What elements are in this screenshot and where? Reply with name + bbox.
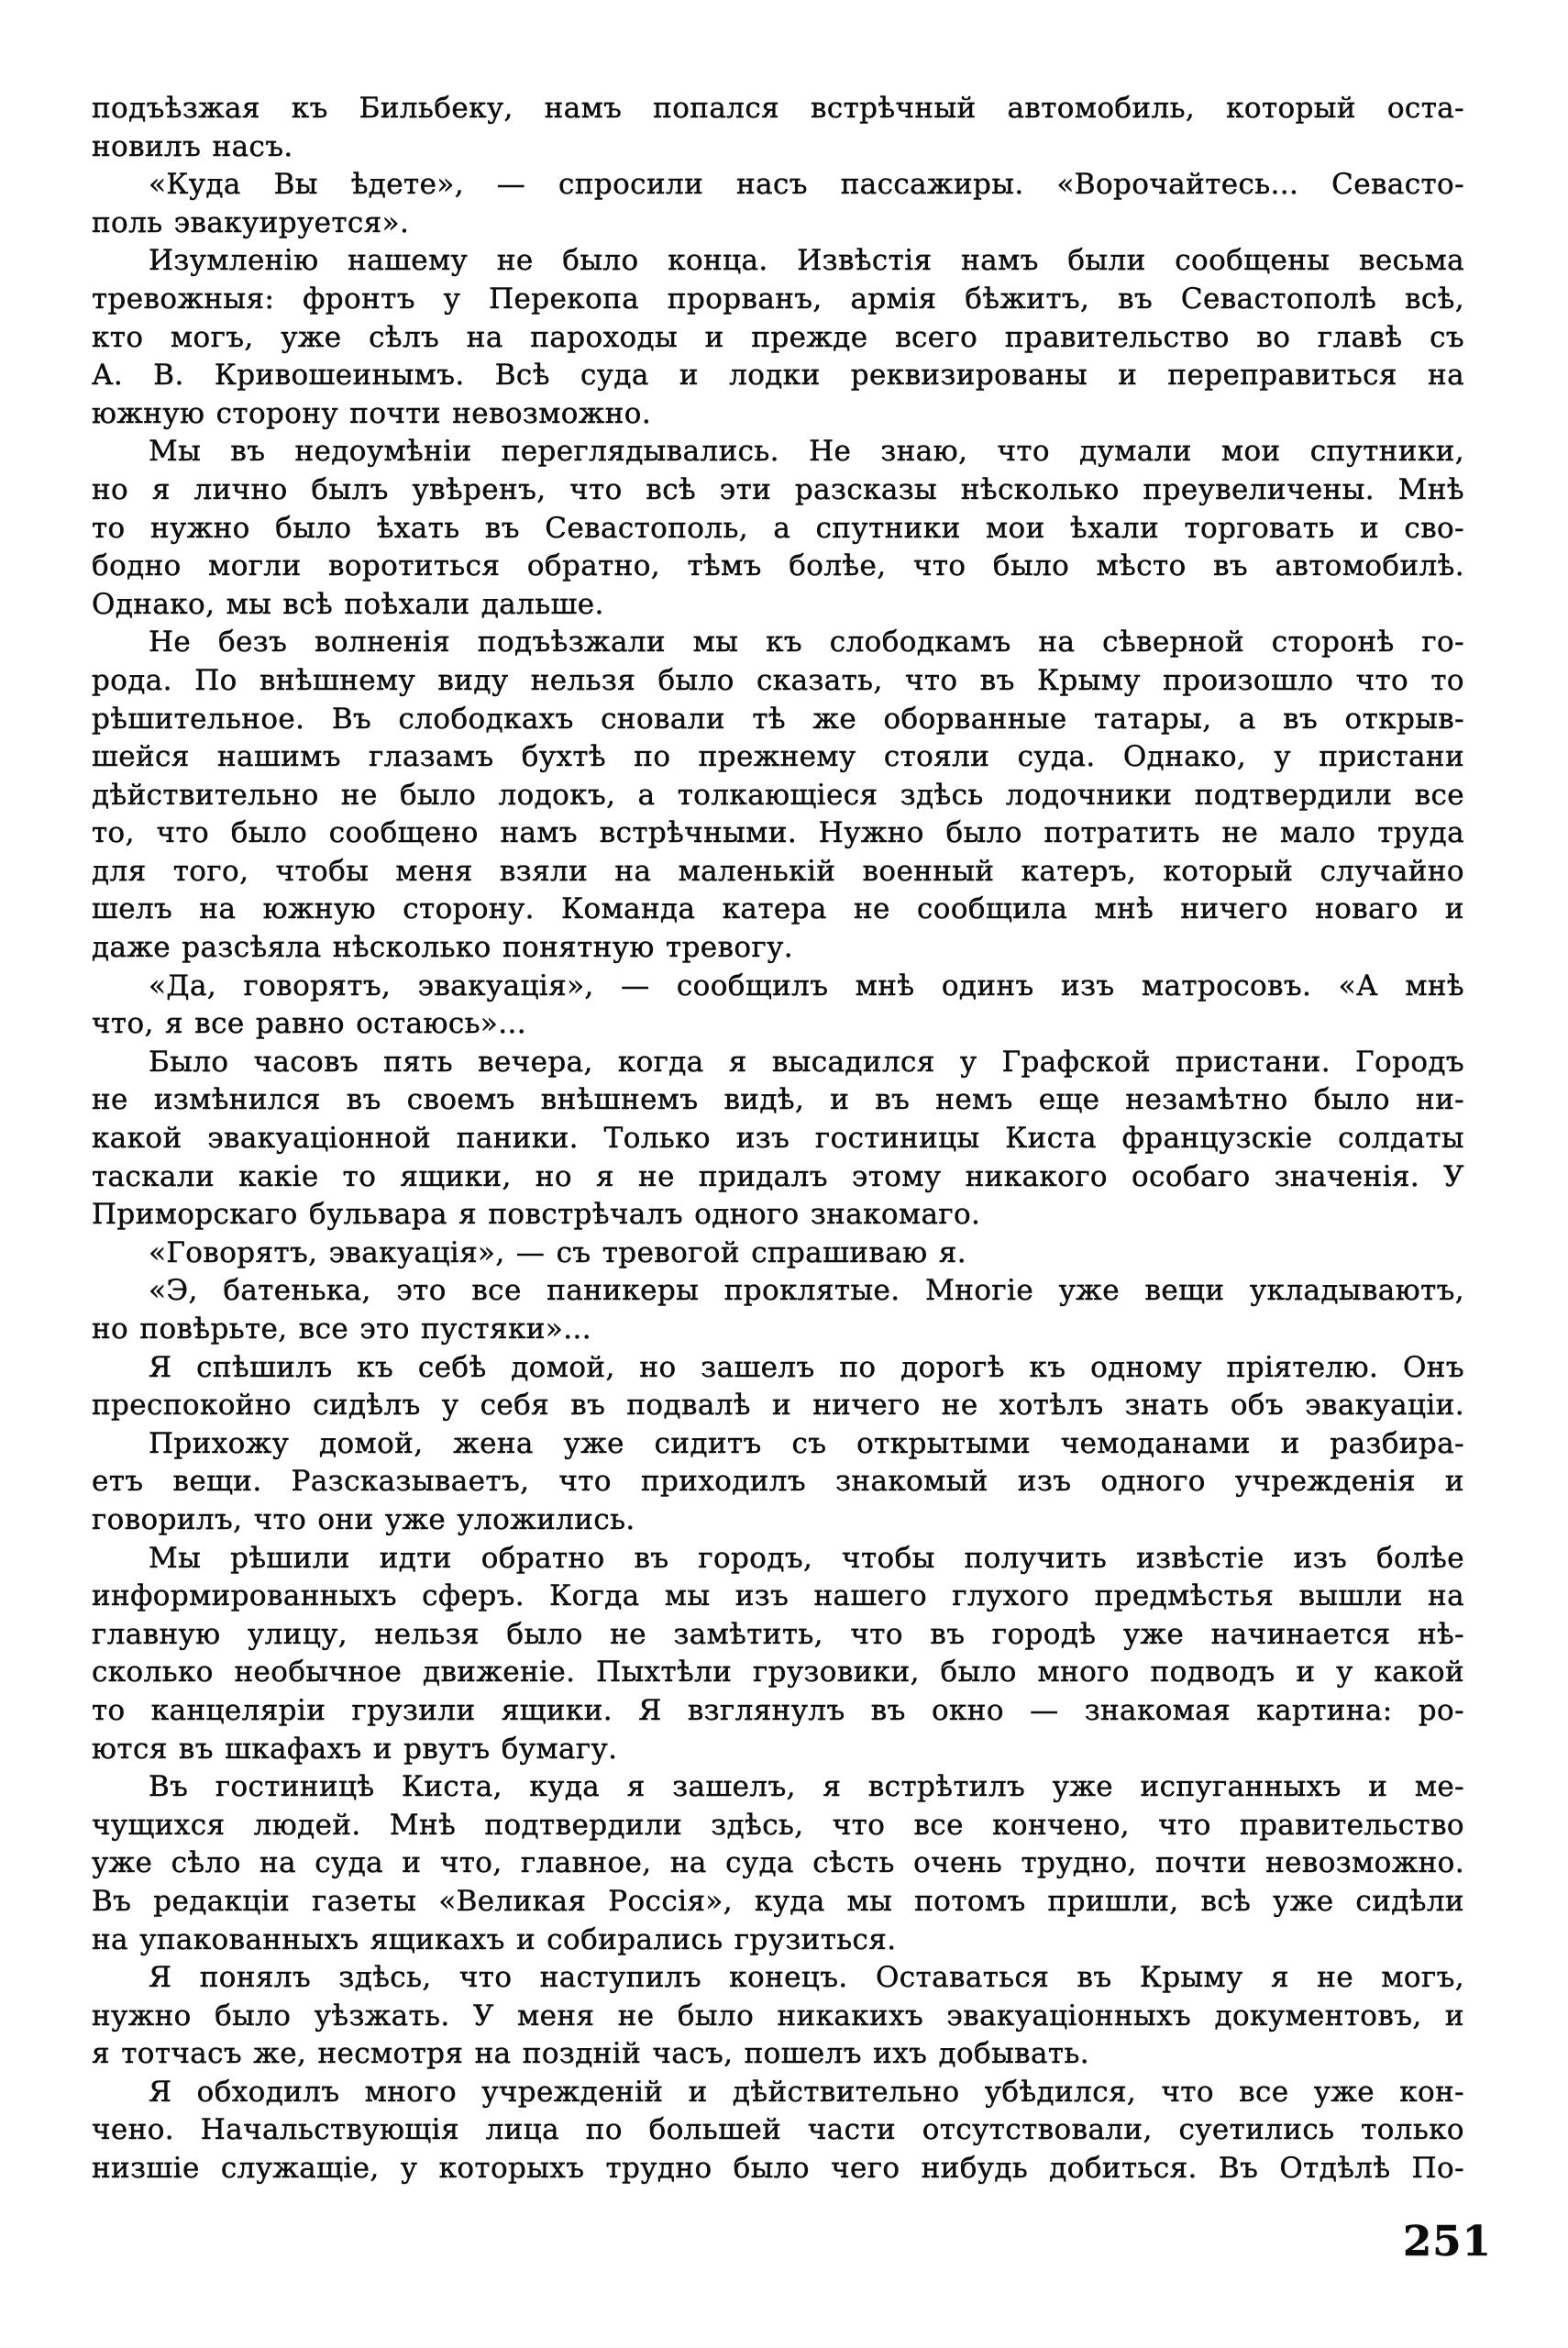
text-line: «Да, говорятъ, эвакуація», — сообщилъ мн…	[92, 968, 1464, 1006]
text-line: Было часовъ пять вечера, когда я высадил…	[92, 1044, 1464, 1082]
text-line: таскали какіе то ящики, но я не придалъ …	[92, 1158, 1464, 1197]
text-line: информированныхъ сферъ. Когда мы изъ наш…	[92, 1578, 1464, 1616]
book-page: подъѣзжая къ Бильбеку, намъ попался встр…	[0, 0, 1568, 2348]
text-line: то нужно было ѣхать въ Севастополь, а сп…	[92, 510, 1464, 548]
text-line: говорилъ, что они уже уложились.	[92, 1501, 1464, 1540]
text-line: Однако, мы всѣ поѣхали дальше.	[92, 586, 1464, 625]
text-line: низшіе служащіе, у которыхъ трудно было …	[92, 2150, 1464, 2188]
text-line: Мы рѣшили идти обратно въ городъ, чтобы …	[92, 1540, 1464, 1578]
text-line: Мы въ недоумѣніи переглядывались. Не зна…	[92, 433, 1464, 471]
text-line: Въ редакціи газеты «Великая Россія», куд…	[92, 1883, 1464, 1922]
text-line: даже разсѣяла нѣсколько понятную тревогу…	[92, 929, 1464, 968]
text-line: дѣйствительно не было лодокъ, а толкающі…	[92, 777, 1464, 815]
text-line: южную сторону почти невозможно.	[92, 395, 1464, 434]
text-line: не измѣнился въ своемъ внѣшнемъ видѣ, и …	[92, 1081, 1464, 1120]
text-line: рѣшительное. Въ слободкахъ сновали тѣ же…	[92, 701, 1464, 739]
text-line: я тотчасъ же, несмотря на поздній часъ, …	[92, 2035, 1464, 2074]
text-line: подъѣзжая къ Бильбеку, намъ попался встр…	[92, 90, 1464, 128]
text-line: «Э, батенька, это все паникеры проклятые…	[92, 1272, 1464, 1311]
text-line: чено. Начальствующія лица по большей час…	[92, 2111, 1464, 2150]
text-line: кто могъ, уже сѣлъ на пароходы и прежде …	[92, 319, 1464, 358]
text-line: уже сѣло на суда и что, главное, на суда…	[92, 1844, 1464, 1883]
text-line: главную улицу, нельзя было не замѣтить, …	[92, 1616, 1464, 1655]
text-line: шелъ на южную сторону. Команда катера не…	[92, 891, 1464, 929]
text-line: «Куда Вы ѣдете», — спросили насъ пассажи…	[92, 166, 1464, 205]
text-line: новилъ насъ.	[92, 128, 1464, 167]
text-line: етъ вещи. Разсказываетъ, что приходилъ з…	[92, 1463, 1464, 1501]
text-line: Въ гостиницѣ Киста, куда я зашелъ, я вст…	[92, 1768, 1464, 1807]
text-line: Изумленію нашему не было конца. Извѣстія…	[92, 242, 1464, 281]
text-line: то канцеляріи грузили ящики. Я взглянулъ…	[92, 1692, 1464, 1731]
text-line: «Говорятъ, эвакуація», — съ тревогой спр…	[92, 1235, 1464, 1273]
text-line: но я лично былъ увѣренъ, что всѣ эти раз…	[92, 471, 1464, 510]
text-line: сколько необычное движеніе. Пыхтѣли груз…	[92, 1654, 1464, 1692]
text-line: шейся нашимъ глазамъ бухтѣ по прежнему с…	[92, 738, 1464, 777]
page-text: подъѣзжая къ Бильбеку, намъ попался встр…	[92, 90, 1464, 2188]
text-line: преспокойно сидѣлъ у себя въ подвалѣ и н…	[92, 1387, 1464, 1425]
text-line: что, я все равно остаюсь»...	[92, 1005, 1464, 1044]
text-line: но повѣрьте, все это пустяки»...	[92, 1311, 1464, 1349]
text-line: на упакованныхъ ящикахъ и собирались гру…	[92, 1922, 1464, 1960]
text-line: для того, чтобы меня взяли на маленькій …	[92, 853, 1464, 892]
text-line: тревожныя: фронтъ у Перекопа прорванъ, а…	[92, 281, 1464, 319]
text-line: Прихожу домой, жена уже сидитъ съ открыт…	[92, 1425, 1464, 1464]
text-line: Приморскаго бульвара я повстрѣчалъ одног…	[92, 1196, 1464, 1235]
text-line: Я спѣшилъ къ себѣ домой, но зашелъ по до…	[92, 1349, 1464, 1388]
text-line: чущихся людей. Мнѣ подтвердили здѣсь, чт…	[92, 1807, 1464, 1845]
text-line: А. В. Кривошеинымъ. Всѣ суда и лодки рек…	[92, 357, 1464, 395]
text-line: поль эвакуируется».	[92, 205, 1464, 243]
text-line: то, что было сообщено намъ встрѣчными. Н…	[92, 814, 1464, 853]
text-line: Я обходилъ много учрежденій и дѣйствител…	[92, 2074, 1464, 2112]
text-line: бодно могли воротиться обратно, тѣмъ бол…	[92, 548, 1464, 586]
text-line: нужно было уѣзжать. У меня не было никак…	[92, 1998, 1464, 2036]
text-line: ются въ шкафахъ и рвутъ бумагу.	[92, 1731, 1464, 1769]
text-line: Я понялъ здѣсь, что наступилъ конецъ. Ос…	[92, 1959, 1464, 1998]
text-line: рода. По внѣшнему виду нельзя было сказа…	[92, 662, 1464, 701]
page-number: 251	[1403, 2219, 1492, 2265]
text-line: какой эвакуаціонной паники. Только изъ г…	[92, 1120, 1464, 1158]
text-line: Не безъ волненія подъѣзжали мы къ слобод…	[92, 624, 1464, 662]
